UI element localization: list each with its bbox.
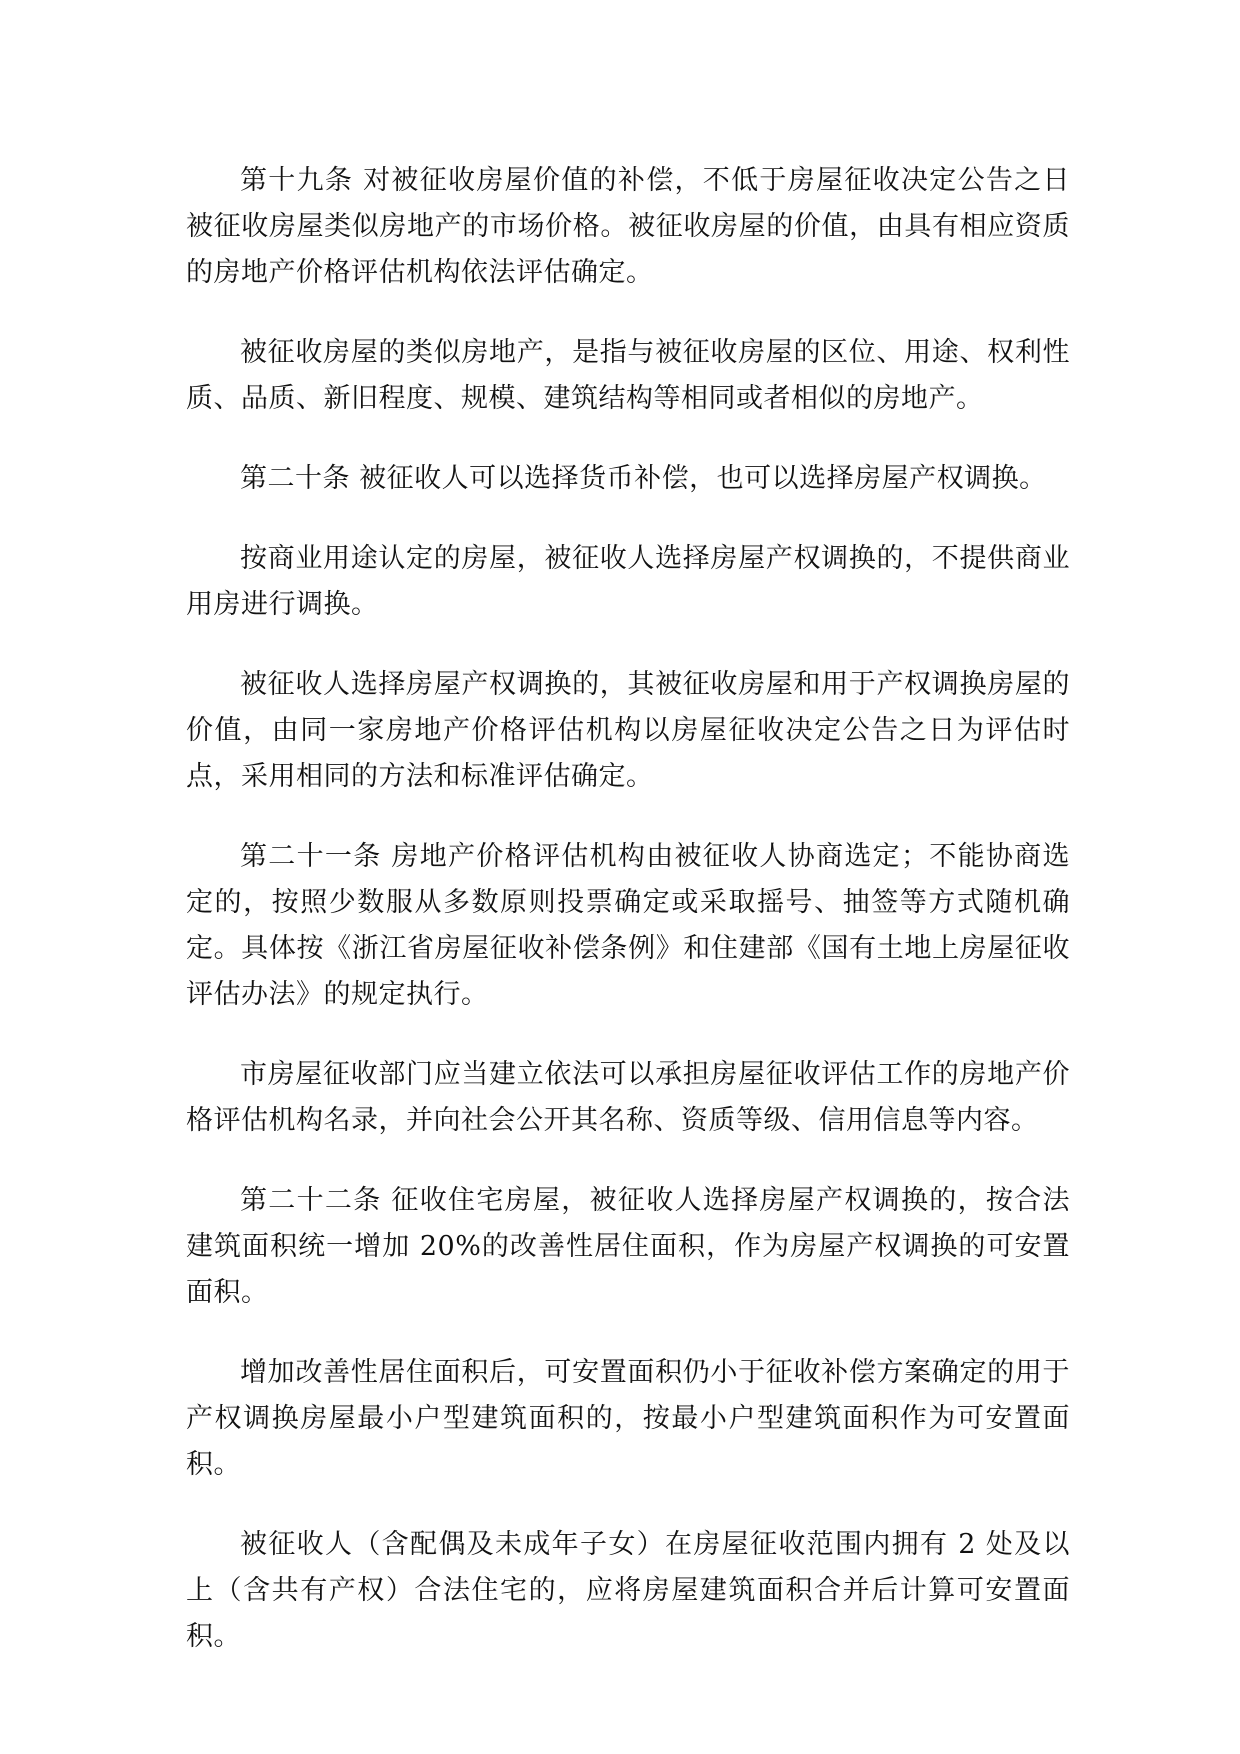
document-page: 第十九条 对被征收房屋价值的补偿，不低于房屋征收决定公告之日被征收房屋类似房地产… xyxy=(0,0,1240,1754)
document-body: 第十九条 对被征收房屋价值的补偿，不低于房屋征收决定公告之日被征收房屋类似房地产… xyxy=(186,158,1070,1694)
paragraph-minimum-unit-area: 增加改善性居住面积后，可安置面积仍小于征收补偿方案确定的用于产权调换房屋最小户型… xyxy=(186,1350,1070,1488)
paragraph-article-20: 第二十条 被征收人可以选择货币补偿，也可以选择房屋产权调换。 xyxy=(186,456,1070,502)
paragraph-commercial-use: 按商业用途认定的房屋，被征收人选择房屋产权调换的，不提供商业用房进行调换。 xyxy=(186,536,1070,628)
paragraph-article-21: 第二十一条 房地产价格评估机构由被征收人协商选定；不能协商选定的，按照少数服从多… xyxy=(186,834,1070,1018)
paragraph-multiple-dwellings: 被征收人（含配偶及未成年子女）在房屋征收范围内拥有 2 处及以上（含共有产权）合… xyxy=(186,1522,1070,1660)
paragraph-article-19: 第十九条 对被征收房屋价值的补偿，不低于房屋征收决定公告之日被征收房屋类似房地产… xyxy=(186,158,1070,296)
paragraph-article-22: 第二十二条 征收住宅房屋，被征收人选择房屋产权调换的，按合法建筑面积统一增加 2… xyxy=(186,1178,1070,1316)
paragraph-similar-property-definition: 被征收房屋的类似房地产，是指与被征收房屋的区位、用途、权利性质、品质、新旧程度、… xyxy=(186,330,1070,422)
paragraph-exchange-valuation: 被征收人选择房屋产权调换的，其被征收房屋和用于产权调换房屋的价值，由同一家房地产… xyxy=(186,662,1070,800)
paragraph-agency-directory: 市房屋征收部门应当建立依法可以承担房屋征收评估工作的房地产价格评估机构名录，并向… xyxy=(186,1052,1070,1144)
